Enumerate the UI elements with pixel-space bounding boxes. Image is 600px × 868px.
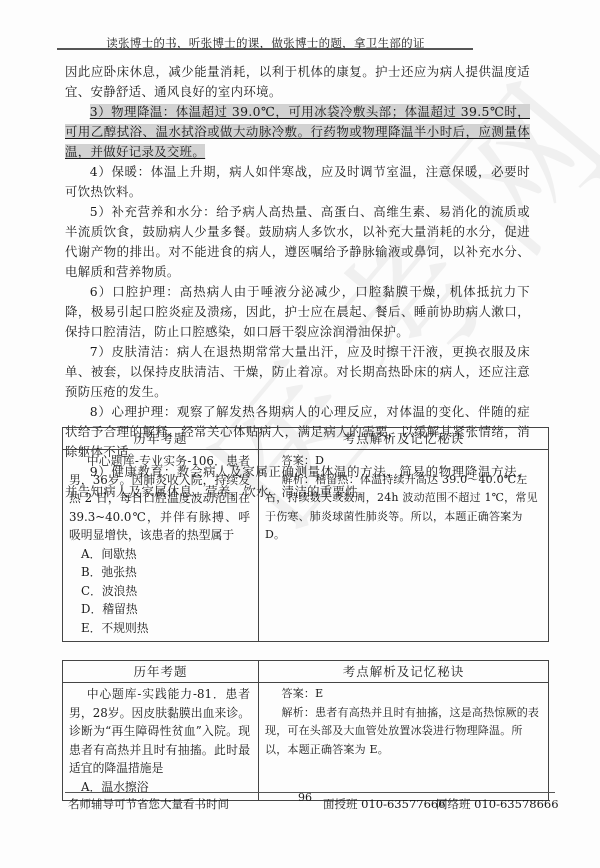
question-text: 中心题库-专业实务-106．患者男，36岁。因肺炎收入院，持续发热 2 日，每日… bbox=[69, 452, 250, 545]
column-header-past-questions: 历年考题 bbox=[63, 661, 259, 683]
option-d: D．稽留热 bbox=[69, 600, 250, 619]
column-header-analysis: 考点解析及记忆秘诀 bbox=[259, 428, 549, 450]
option-a: A．温水擦浴 bbox=[69, 778, 250, 797]
option-b: B．弛张热 bbox=[69, 563, 250, 582]
column-header-past-questions: 历年考题 bbox=[63, 428, 259, 450]
column-header-analysis: 考点解析及记忆秘诀 bbox=[259, 661, 549, 683]
highlighted-text: 3）物理降温：体温超过 39.0℃，可用冰袋冷敷头部；体温超过 39.5℃时，可… bbox=[65, 104, 530, 159]
question-cell: 中心题库-实践能力-81．患者男，28岁。因皮肤黏膜出血来诊。诊断为“再生障碍性… bbox=[63, 683, 259, 801]
analysis-text: 解析：患者有高热并且时有抽搐，这是高热惊厥的表现，可在头部及大血管处放置冰袋进行… bbox=[265, 704, 542, 760]
option-c: C．波浪热 bbox=[69, 582, 250, 601]
paragraph: 4）保暖：体温上升期，病人如伴寒战，应及时调节室温，注意保暖，必要时可饮热饮料。 bbox=[65, 162, 530, 202]
exam-question-table-1: 历年考题 考点解析及记忆秘诀 中心题库-专业实务-106．患者男，36岁。因肺炎… bbox=[62, 427, 549, 642]
paragraph-highlighted: 3）物理降温：体温超过 39.0℃，可用冰袋冷敷头部；体温超过 39.5℃时，可… bbox=[65, 102, 530, 162]
answer-text: 答案：E bbox=[265, 685, 542, 704]
paragraph: 5）补充营养和水分：给予病人高热量、高蛋白、高维生素、易消化的流质或半流质饮食，… bbox=[65, 202, 530, 282]
option-e: E．不规则热 bbox=[69, 619, 250, 638]
analysis-text: 解析：稽留热：体温持续升高达 39.0～40.0℃左右，持续数天或数周，24h … bbox=[265, 471, 542, 545]
paragraph: 6）口腔护理：高热病人由于唾液分泌减少，口腔黏膜干燥，机体抵抗力下降，极易引起口… bbox=[65, 282, 530, 342]
page-number: 96 bbox=[298, 791, 312, 804]
exam-question-table-2: 历年考题 考点解析及记忆秘诀 中心题库-实践能力-81．患者男，28岁。因皮肤黏… bbox=[62, 660, 549, 801]
question-cell: 中心题库-专业实务-106．患者男，36岁。因肺炎收入院，持续发热 2 日，每日… bbox=[63, 450, 259, 642]
online-class-phone: 网络班 010-63578666 bbox=[436, 796, 559, 812]
footer-slogan: 名师辅导可节省您大量看书时间 bbox=[68, 796, 229, 812]
analysis-cell: 答案：E 解析：患者有高热并且时有抽搐，这是高热惊厥的表现，可在头部及大血管处放… bbox=[259, 683, 549, 801]
paragraph: 因此应卧床休息，减少能量消耗，以利于机体的康复。护士还应为病人提供温度适宜、安静… bbox=[65, 62, 530, 102]
question-text: 中心题库-实践能力-81．患者男，28岁。因皮肤黏膜出血来诊。诊断为“再生障碍性… bbox=[69, 685, 250, 778]
answer-text: 答案：D bbox=[265, 452, 542, 471]
header-divider bbox=[57, 48, 473, 50]
option-a: A．间歇热 bbox=[69, 545, 250, 564]
face-class-phone: 面授班 010-63577666 bbox=[323, 796, 446, 812]
analysis-cell: 答案：D 解析：稽留热：体温持续升高达 39.0～40.0℃左右，持续数天或数周… bbox=[259, 450, 549, 642]
paragraph: 7）皮肤清洁：病人在退热期常常大量出汗，应及时擦干汗液，更换衣服及床单、被套，以… bbox=[65, 342, 530, 402]
